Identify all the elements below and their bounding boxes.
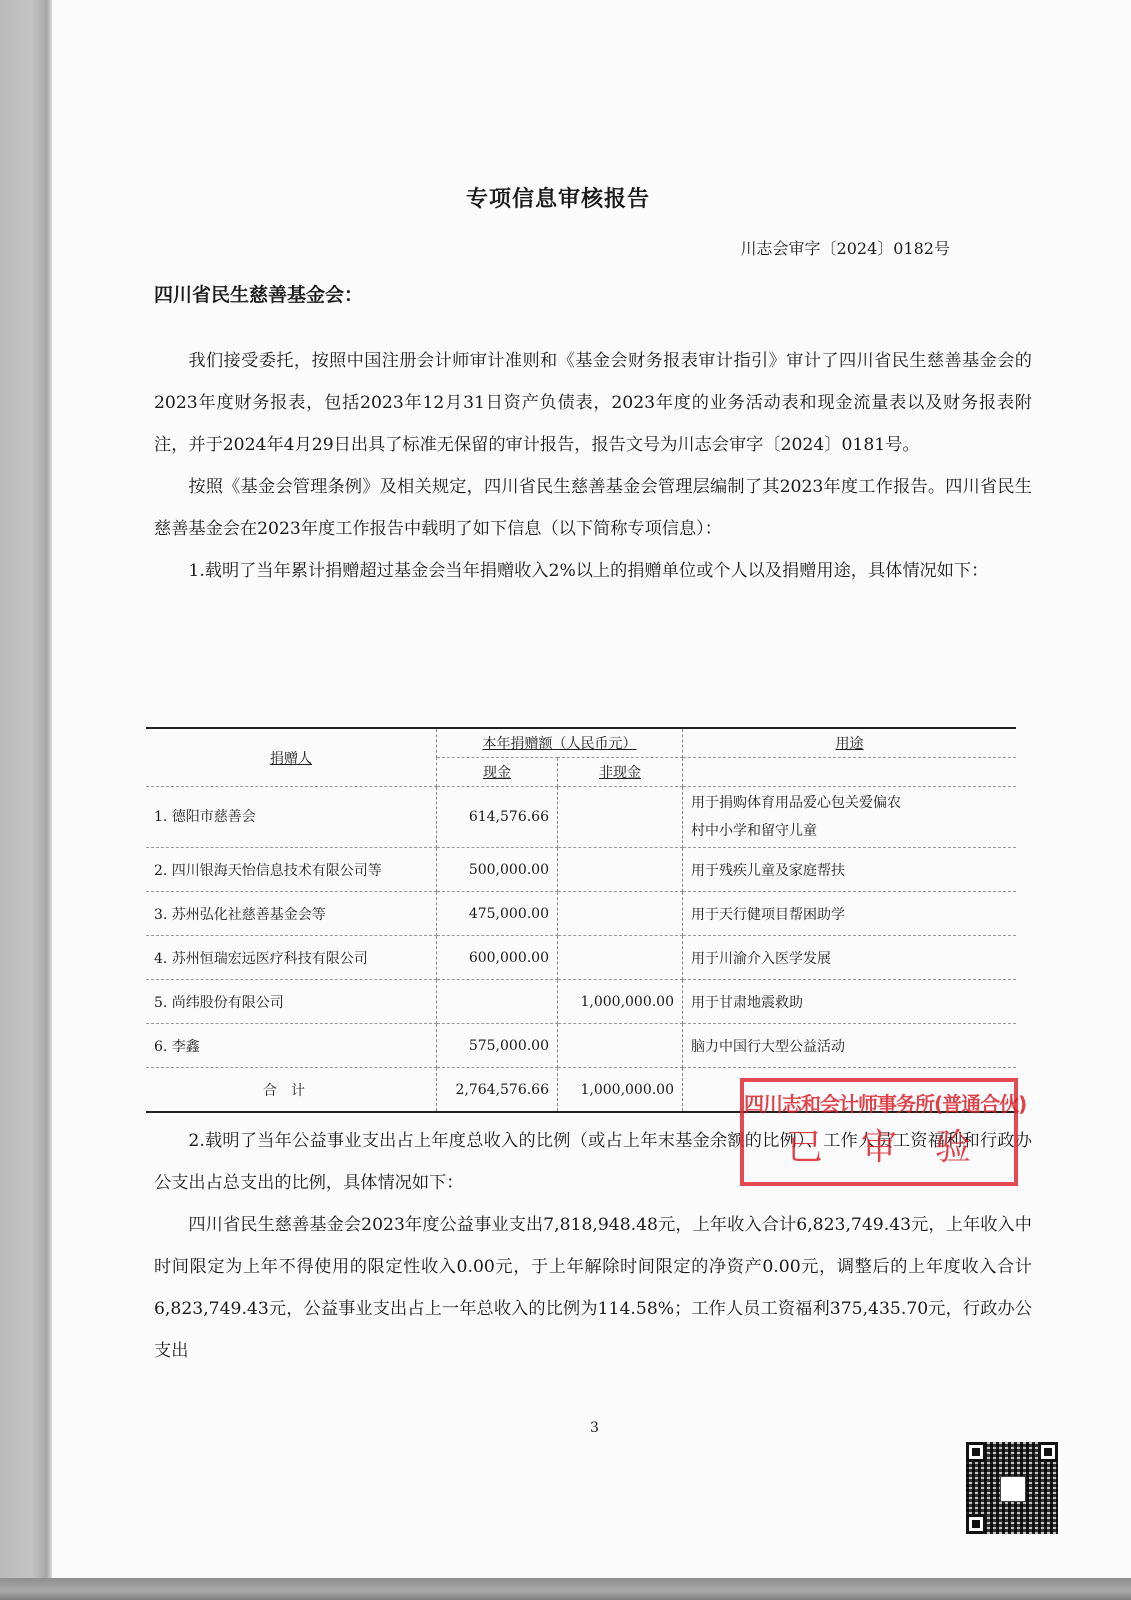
- purpose-cell: 用于捐购体育用品爱心包关爱偏农村中小学和留守儿童: [683, 787, 1017, 848]
- table-row: 4. 苏州恒瑞宏远医疗科技有限公司 600,000.00 用于川渝介入医学发展: [146, 936, 1016, 980]
- cash-cell: 575,000.00: [437, 1024, 558, 1068]
- table-row: 1. 德阳市慈善会 614,576.66 用于捐购体育用品爱心包关爱偏农村中小学…: [146, 787, 1016, 848]
- noncash-cell: [558, 936, 683, 980]
- noncash-cell: [558, 1024, 683, 1068]
- stamp-verified-text: 已审验: [744, 1119, 1014, 1170]
- scan-bottom-edge: [0, 1578, 1131, 1600]
- scan-left-edge: [0, 0, 52, 1578]
- header-purpose-blank: [683, 758, 1017, 787]
- cash-cell: 600,000.00: [437, 936, 558, 980]
- total-noncash: 1,000,000.00: [558, 1068, 683, 1113]
- page-number: 3: [590, 1420, 599, 1436]
- paragraph-engagement: 我们接受委托，按照中国注册会计师审计准则和《基金会财务报表审计指引》审计了四川省…: [154, 340, 1032, 466]
- header-cash: 现金: [437, 758, 558, 787]
- document-page: 专项信息审核报告 川志会审字〔2024〕0182号 四川省民生慈善基金会： 我们…: [52, 0, 1131, 1578]
- paragraph-scope: 按照《基金会管理条例》及相关规定，四川省民生慈善基金会管理层编制了其2023年度…: [154, 466, 1032, 550]
- qr-code-icon: [966, 1442, 1058, 1534]
- header-amount-group: 本年捐赠额（人民币元）: [437, 728, 683, 758]
- donor-cell: 2. 四川银海天怡信息技术有限公司等: [146, 848, 437, 892]
- purpose-cell: 用于甘肃地震救助: [683, 980, 1017, 1024]
- noncash-cell: [558, 787, 683, 848]
- donor-cell: 4. 苏州恒瑞宏远医疗科技有限公司: [146, 936, 437, 980]
- table-row: 6. 李鑫 575,000.00 脑力中国行大型公益活动: [146, 1024, 1016, 1068]
- noncash-cell: [558, 892, 683, 936]
- purpose-cell: 用于天行健项目帮困助学: [683, 892, 1017, 936]
- cash-cell: 614,576.66: [437, 787, 558, 848]
- purpose-cell: 脑力中国行大型公益活动: [683, 1024, 1017, 1068]
- purpose-cell: 用于川渝介入医学发展: [683, 936, 1017, 980]
- header-donor: 捐赠人: [146, 728, 437, 787]
- donor-cell: 3. 苏州弘化社慈善基金会等: [146, 892, 437, 936]
- report-title: 专项信息审核报告: [466, 182, 650, 213]
- paragraph-expenditure: 四川省民生慈善基金会2023年度公益事业支出7,818,948.48元，上年收入…: [154, 1204, 1032, 1372]
- paragraph-item-1: 1.载明了当年累计捐赠超过基金会当年捐赠收入2%以上的捐赠单位或个人以及捐赠用途…: [154, 550, 1032, 592]
- donations-table: 捐赠人 本年捐赠额（人民币元） 用途 现金 非现金 1. 德阳市慈善会 614,…: [146, 727, 1016, 1113]
- cash-cell: 500,000.00: [437, 848, 558, 892]
- header-noncash: 非现金: [558, 758, 683, 787]
- stamp-firm-name: 四川志和会计师事务所(普通合伙): [744, 1088, 1014, 1117]
- total-cash: 2,764,576.66: [437, 1068, 558, 1113]
- addressee: 四川省民生慈善基金会：: [154, 280, 363, 307]
- audit-seal-stamp: 四川志和会计师事务所(普通合伙) 已审验: [740, 1078, 1018, 1186]
- donor-cell: 6. 李鑫: [146, 1024, 437, 1068]
- header-purpose: 用途: [683, 728, 1017, 758]
- noncash-cell: [558, 848, 683, 892]
- cash-cell: 475,000.00: [437, 892, 558, 936]
- donor-cell: 5. 尚纬股份有限公司: [146, 980, 437, 1024]
- cash-cell: [437, 980, 558, 1024]
- table-row: 2. 四川银海天怡信息技术有限公司等 500,000.00 用于残疾儿童及家庭帮…: [146, 848, 1016, 892]
- table-row: 5. 尚纬股份有限公司 1,000,000.00 用于甘肃地震救助: [146, 980, 1016, 1024]
- donor-cell: 1. 德阳市慈善会: [146, 787, 437, 848]
- total-label: 合计: [146, 1068, 437, 1113]
- noncash-cell: 1,000,000.00: [558, 980, 683, 1024]
- document-number: 川志会审字〔2024〕0182号: [741, 236, 950, 259]
- table-row: 3. 苏州弘化社慈善基金会等 475,000.00 用于天行健项目帮困助学: [146, 892, 1016, 936]
- body-paragraphs-top: 我们接受委托，按照中国注册会计师审计准则和《基金会财务报表审计指引》审计了四川省…: [154, 340, 1032, 592]
- purpose-cell: 用于残疾儿童及家庭帮扶: [683, 848, 1017, 892]
